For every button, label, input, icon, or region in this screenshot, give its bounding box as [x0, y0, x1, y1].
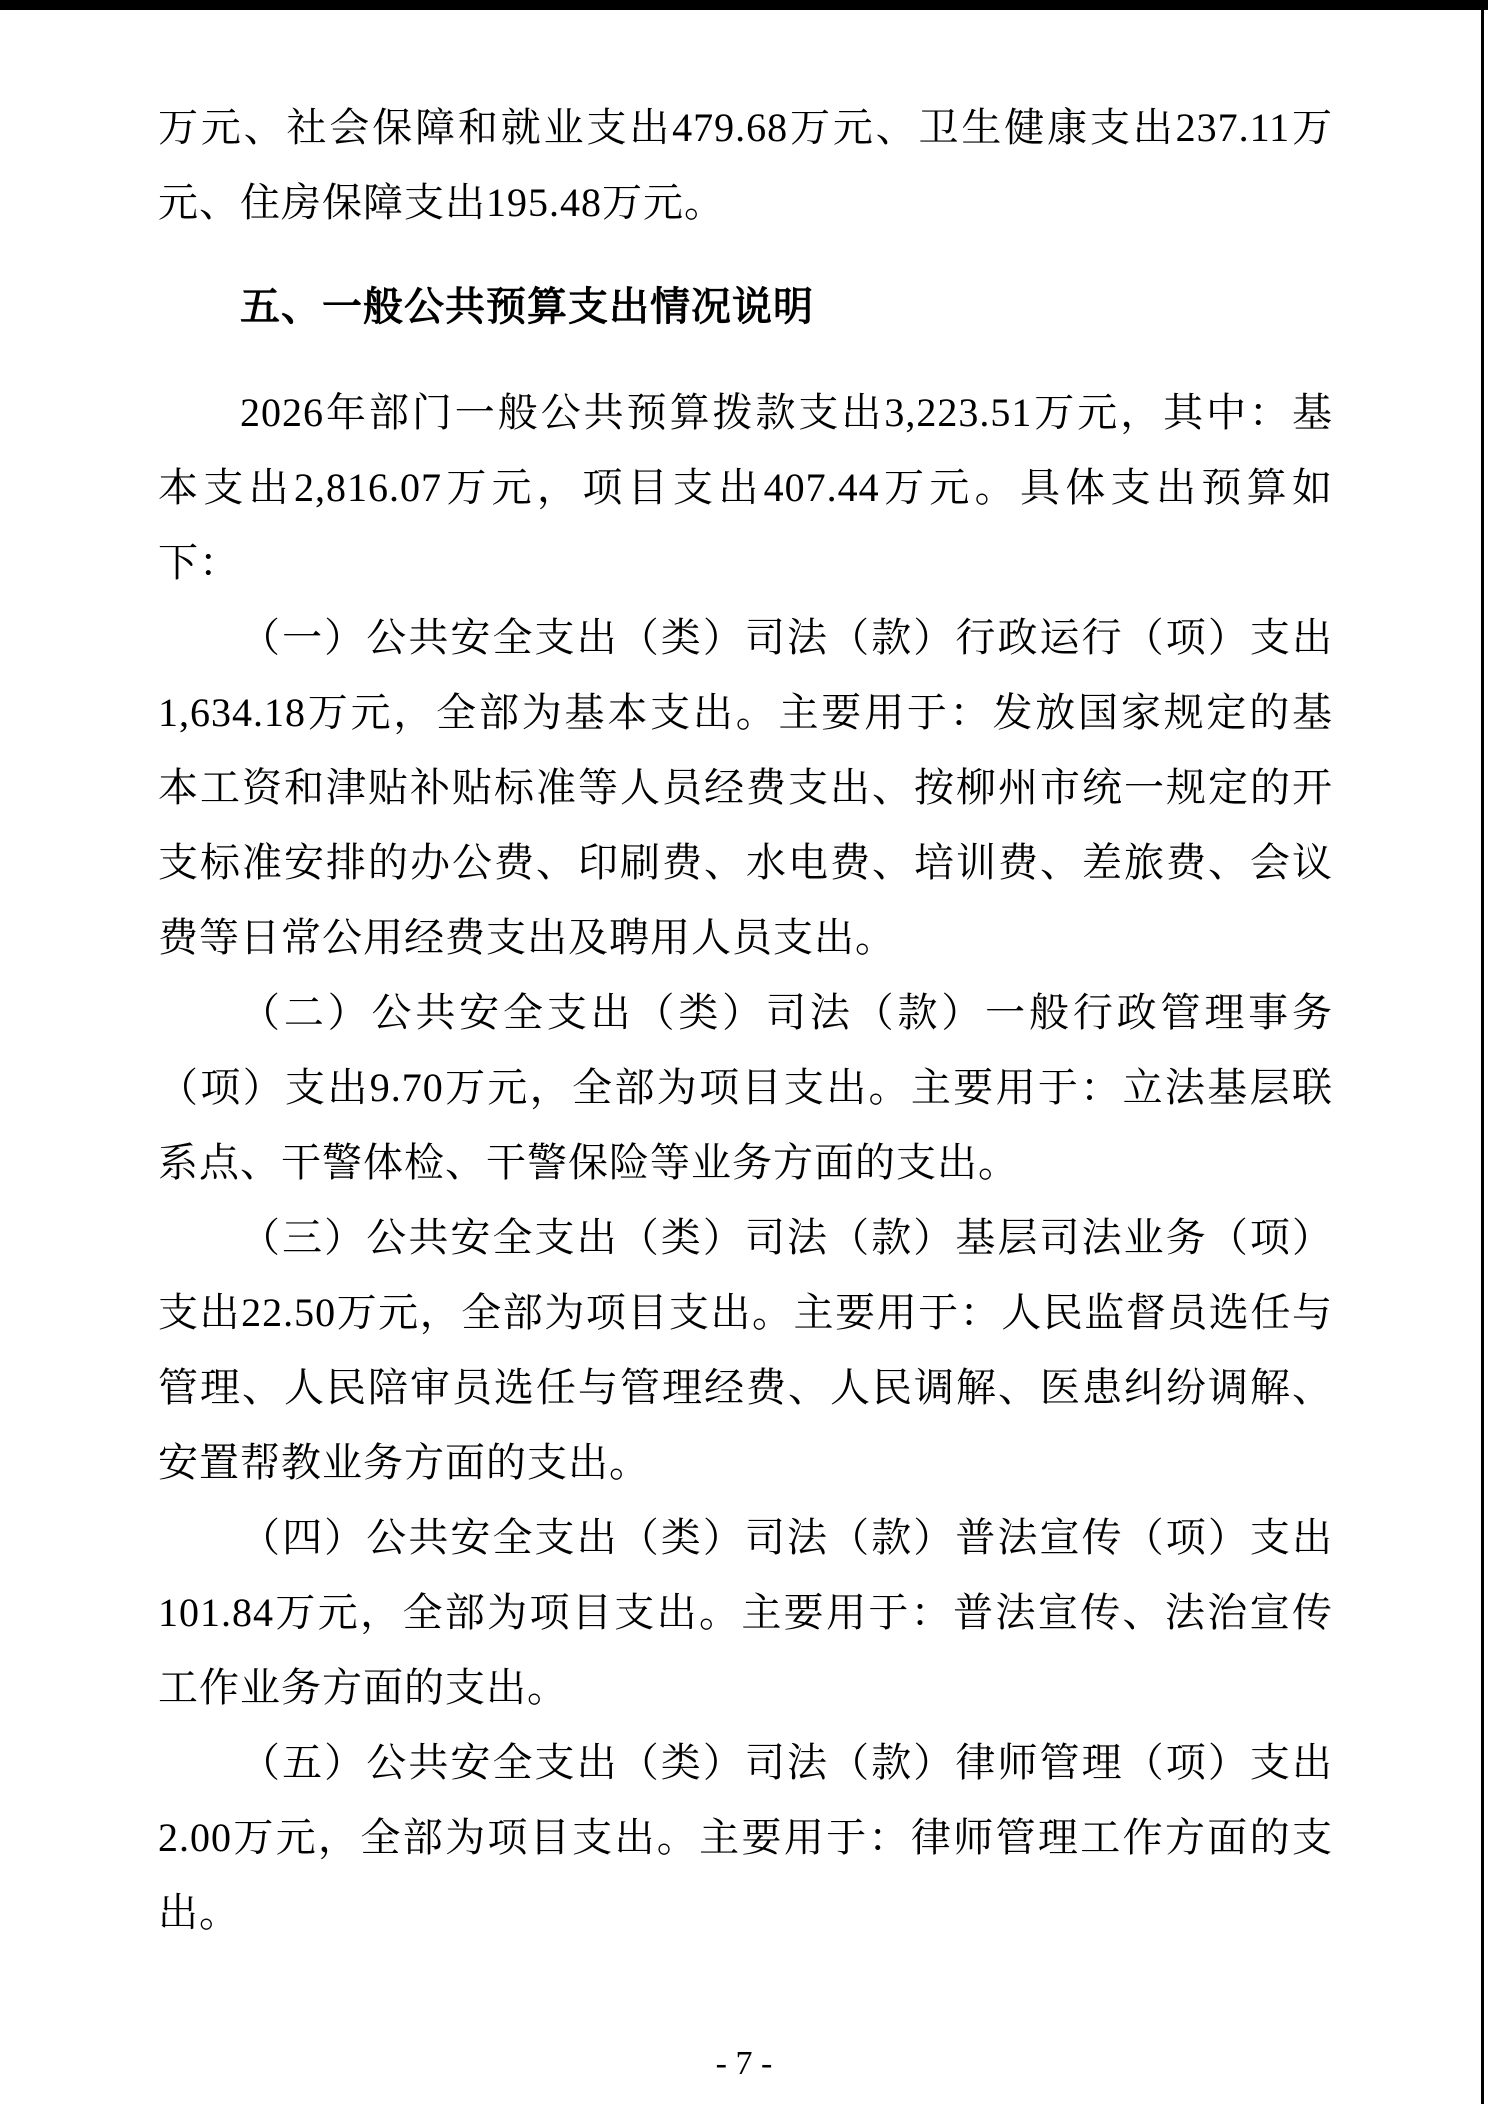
text-line: （四）公共安全支出（类）司法（款）普法宣传（项）支出 [158, 1500, 1333, 1575]
text-line: 本工资和津贴补贴标准等人员经费支出、按柳州市统一规定的开 [158, 750, 1333, 825]
text-line: 下： [158, 525, 1333, 600]
text-line: 万元、社会保障和就业支出479.68万元、卫生健康支出237.11万 [158, 90, 1333, 165]
document-body: 万元、社会保障和就业支出479.68万元、卫生健康支出237.11万元、住房保障… [158, 90, 1333, 1950]
text-line: 系点、干警体检、干警保险等业务方面的支出。 [158, 1125, 1333, 1200]
text-line: （五）公共安全支出（类）司法（款）律师管理（项）支出 [158, 1725, 1333, 1800]
text-line: 1,634.18万元，全部为基本支出。主要用于：发放国家规定的基 [158, 675, 1333, 750]
text-line: 费等日常公用经费支出及聘用人员支出。 [158, 900, 1333, 975]
text-line: 工作业务方面的支出。 [158, 1650, 1333, 1725]
page-number: - 7 - [0, 2026, 1488, 2101]
text-line: 支出22.50万元，全部为项目支出。主要用于：人民监督员选任与 [158, 1275, 1333, 1350]
text-line: 安置帮教业务方面的支出。 [158, 1425, 1333, 1500]
section-heading: 五、一般公共预算支出情况说明 [158, 270, 1333, 345]
text-line: （二）公共安全支出（类）司法（款）一般行政管理事务 [158, 975, 1333, 1050]
text-line: 支标准安排的办公费、印刷费、水电费、培训费、差旅费、会议 [158, 825, 1333, 900]
text-line: 出。 [158, 1875, 1333, 1950]
text-line: 2026年部门一般公共预算拨款支出3,223.51万元，其中：基 [158, 375, 1333, 450]
text-line: 2.00万元，全部为项目支出。主要用于：律师管理工作方面的支 [158, 1800, 1333, 1875]
text-line: （三）公共安全支出（类）司法（款）基层司法业务（项） [158, 1200, 1333, 1275]
text-line: （一）公共安全支出（类）司法（款）行政运行（项）支出 [158, 600, 1333, 675]
scan-edge-right [1481, 0, 1484, 2104]
text-line: 管理、人民陪审员选任与管理经费、人民调解、医患纠纷调解、 [158, 1350, 1333, 1425]
text-line: 本支出2,816.07万元，项目支出407.44万元。具体支出预算如 [158, 450, 1333, 525]
text-line: （项）支出9.70万元，全部为项目支出。主要用于：立法基层联 [158, 1050, 1333, 1125]
text-line: 元、住房保障支出195.48万元。 [158, 165, 1333, 240]
scan-edge-top [0, 0, 1488, 10]
text-line: 101.84万元，全部为项目支出。主要用于：普法宣传、法治宣传 [158, 1575, 1333, 1650]
document-page: 万元、社会保障和就业支出479.68万元、卫生健康支出237.11万元、住房保障… [0, 0, 1488, 2104]
